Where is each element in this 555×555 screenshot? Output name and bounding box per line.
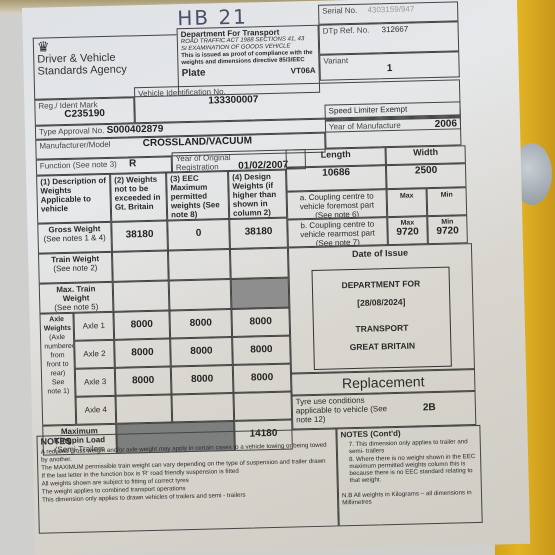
weight-eec-cell — [169, 279, 232, 311]
length-value: 10686 — [322, 167, 350, 179]
col-design-header: (4) Design Weights (if higher than shown… — [228, 170, 287, 219]
yom-label: Year of Manufacture — [329, 121, 401, 132]
weight-gb-cell — [113, 280, 170, 311]
notes-list: A reduced gross weight and/or axle weigh… — [41, 442, 334, 505]
coupling-front-min: Min — [427, 187, 468, 216]
yom-value: 2006 — [435, 119, 457, 129]
length-value-cell: 10686 — [286, 165, 387, 191]
weight-gb-cell — [112, 251, 169, 282]
coupling-rear-min: Min9720 — [427, 215, 468, 244]
width-value-cell: 2500 — [386, 163, 467, 189]
tyre-label: Tyre use conditions applicable to vehicl… — [296, 395, 397, 424]
weight-eec-cell: 0 — [167, 219, 230, 251]
axle-eec-cell: 8000 — [169, 309, 232, 339]
speed-limiter-text: Speed Limiter Exempt — [328, 105, 407, 116]
type-approval-value: S000402879 — [106, 124, 163, 136]
weight-eec-cell — [168, 249, 231, 281]
dtp-value: 312667 — [381, 25, 408, 35]
reg-date-label: Year of Original Registration — [176, 153, 236, 172]
axle-gb-cell: 8000 — [114, 338, 171, 367]
issue-box: Date of Issue DEPARTMENT FOR [28/08/2024… — [288, 243, 475, 373]
weight-design-cell: 38180 — [229, 218, 288, 249]
serial-label: Serial No. — [322, 6, 357, 16]
axle-eec-cell — [171, 393, 234, 423]
ministry-plate-document: HB 21 ♛ Driver & Vehicle Standards Agenc… — [22, 0, 530, 555]
width-header: Width — [386, 145, 466, 165]
dtp-box: DTp Ref. No. 312667 — [318, 21, 459, 54]
variant-box: Variant 1 — [319, 51, 460, 80]
width-label: Width — [413, 147, 438, 158]
axle-label: Axle 4 — [76, 396, 117, 425]
axle-design-cell: 8000 — [232, 336, 291, 365]
function-value: R — [129, 158, 137, 169]
rear-min-value: 9720 — [431, 226, 463, 236]
axle-label: Axle 3 — [75, 368, 116, 397]
yom-box: Year of Manufacture 2006 — [325, 117, 462, 148]
axle-label: Axle 1 — [73, 312, 114, 341]
col-gb-header: (2) Weights not to be exceeded in Gt. Br… — [110, 173, 167, 222]
axle-design-cell: 8000 — [233, 364, 292, 393]
col-description-header: (1) Description of Weights Applicable to… — [36, 174, 111, 224]
plate-code: VT06A — [291, 66, 316, 76]
length-label: Length — [321, 149, 351, 160]
coupling-front-label: a. Coupling centre to vehicle foremost p… — [287, 189, 388, 219]
reg-box: Reg./ Ident Mark C235190 — [34, 97, 135, 125]
notes-cont-title: NOTES (Cont'd) — [340, 427, 476, 439]
weight-row-label: Train Weight(See note 2) — [38, 252, 113, 284]
stamp-date: [28/08/2024] — [313, 292, 449, 313]
serial-value: 4303159/947 — [367, 4, 414, 14]
axle-gb-cell: 8000 — [115, 366, 172, 395]
axle-gb-cell — [116, 394, 173, 423]
manufacturer-value: CROSSLAND/VACUUM — [143, 135, 253, 149]
coupling-front-max: Max — [387, 188, 428, 217]
notes-box: NOTES A reduced gross weight and/or axle… — [36, 428, 338, 533]
tyre-box: Tyre use conditions applicable to vehicl… — [292, 391, 477, 429]
type-approval-label: Type Approval No. — [39, 126, 105, 137]
agency-name: Driver & Vehicle Standards Agency — [37, 51, 148, 78]
axle-design-cell — [233, 392, 292, 421]
manufacturer-label: Manufacturer/Model — [39, 140, 110, 151]
max-label: Max — [400, 192, 414, 199]
issue-stamp: DEPARTMENT FOR [28/08/2024] TRANSPORT GR… — [311, 267, 451, 370]
weight-design-cell — [230, 248, 289, 279]
axle-design-cell: 8000 — [231, 308, 290, 337]
axle-label: Axle 2 — [74, 340, 115, 369]
note-8: 8. Where there is no weight shown in the… — [349, 453, 478, 484]
coupling-rear-max: Max9720 — [387, 216, 428, 245]
dtp-label: DTp Ref. No. — [323, 26, 370, 36]
axle-eec-cell: 8000 — [171, 365, 234, 395]
nb-units: N.B All weights in Kilograms – all dimen… — [342, 489, 478, 506]
date-of-issue-label: Date of Issue — [292, 247, 468, 260]
function-label: Function (See note 3) — [40, 160, 117, 171]
weight-row-label: Max. Train Weight(See note 5) — [39, 282, 114, 314]
tyre-value: 2B — [423, 403, 436, 412]
col-eec-header: (3) EEC Maximum permitted weights (See n… — [166, 171, 229, 221]
stamp-line-3: GREAT BRITAIN — [314, 336, 450, 357]
compliance-text: This is issued as proof of compliance wi… — [181, 50, 315, 67]
weight-gb-cell: 38180 — [111, 221, 168, 252]
min-label: Min — [441, 192, 453, 199]
rear-max-value: 9720 — [391, 227, 423, 237]
plate-label: Plate — [182, 69, 206, 79]
weight-row-label: Gross Weight(See notes 1 & 4) — [37, 222, 112, 254]
coupling-rear-label: b. Coupling centre to vehicle rearmost p… — [287, 217, 388, 247]
weight-design-cell — [231, 278, 290, 309]
axle-gb-cell: 8000 — [113, 310, 170, 339]
axle-weights-group: Axle Weights(Axle numbered from front to… — [39, 313, 76, 426]
notes-cont-box: NOTES (Cont'd) 7. This dimension only ap… — [336, 425, 482, 526]
axle-eec-cell: 8000 — [170, 337, 233, 367]
width-value: 2500 — [415, 165, 438, 177]
